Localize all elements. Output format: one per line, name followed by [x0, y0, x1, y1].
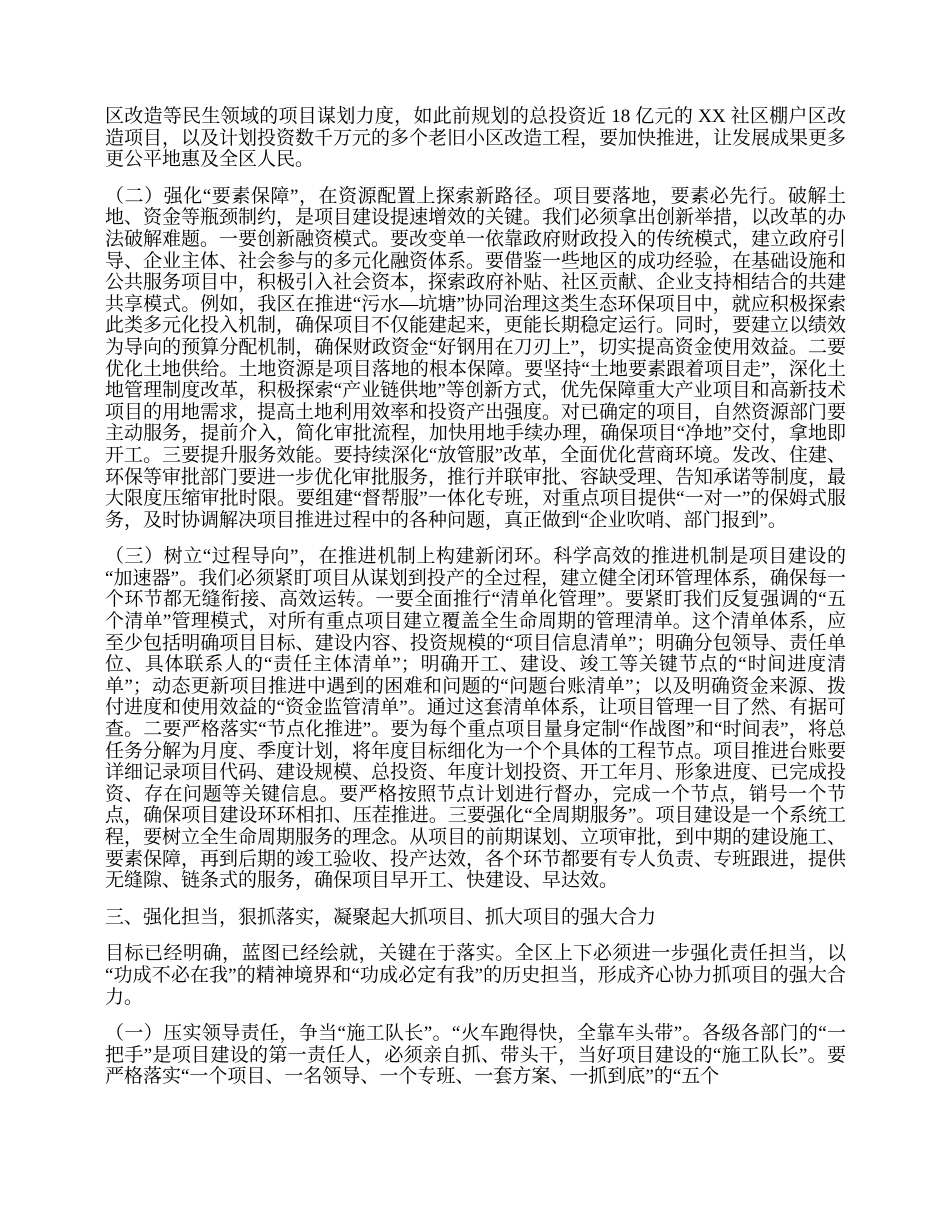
body-paragraph-section-3: （三）树立“过程导向”，在推进机制上构建新闭环。科学高效的推进机制是项目建设的“…	[105, 546, 846, 892]
body-paragraph-leadership: （一）压实领导责任，争当“施工队长”。“火车跑得快，全靠车头带”。各级各部门的“…	[105, 1023, 846, 1088]
section-heading-part-3: 三、强化担当，狠抓落实，凝聚起大抓项目、抓大项目的强大合力	[105, 907, 846, 929]
body-paragraph-goals: 目标已经明确，蓝图已经绘就，关键在于落实。全区上下必须进一步强化责任担当，以“功…	[105, 943, 846, 1008]
body-paragraph-section-2: （二）强化“要素保障”，在资源配置上探索新路径。项目要落地，要素必先行。破解土地…	[105, 186, 846, 532]
body-paragraph-continuation: 区改造等民生领域的项目谋划力度，如此前规划的总投资近 18 亿元的 XX 社区棚…	[105, 106, 846, 171]
document-page: 区改造等民生领域的项目谋划力度，如此前规划的总投资近 18 亿元的 XX 社区棚…	[105, 106, 846, 1103]
